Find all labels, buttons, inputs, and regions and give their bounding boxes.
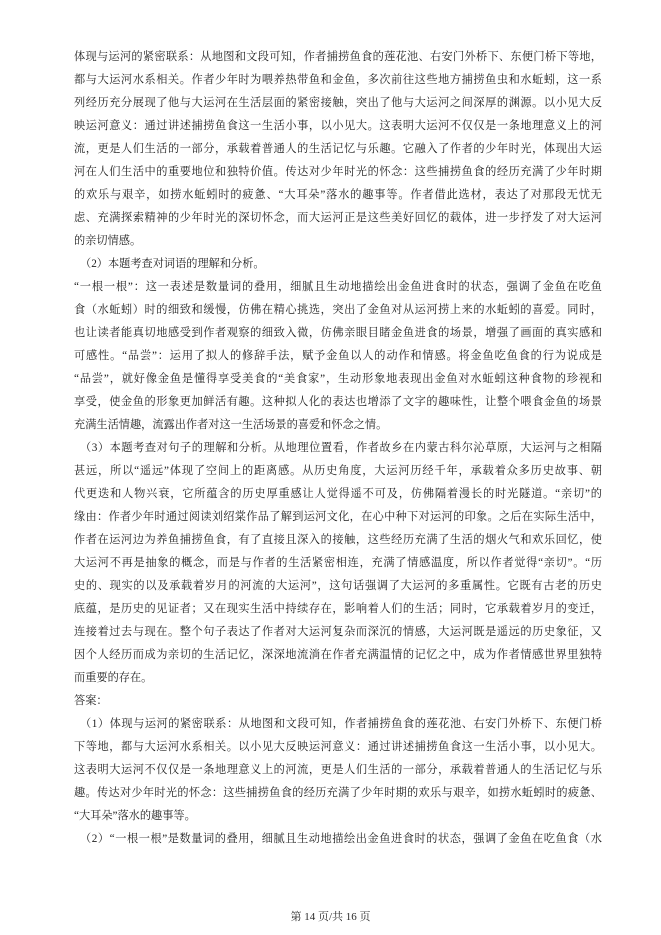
text-line: 流，更是人们生活的一部分，承载着普通人的生活记忆与乐趣。它融入了作者的少年时光，… (74, 138, 602, 161)
text-line: 列经历充分展现了他与大运河在生活层面的紧密接触，突出了他与大运河之间深厚的渊源。… (74, 92, 602, 115)
text-line: 映运河意义：通过讲述捕捞鱼食这一生活小事，以小见大。这表明大运河不仅仅是一条地理… (74, 115, 602, 138)
text-line: “品尝”，就好像金鱼是懂得享受美食的“美食家”，生动形象地表现出金鱼对水蚯蚓这种… (74, 368, 602, 391)
text-line: 而重要的存在。 (74, 667, 602, 690)
text-line: 可感性。“品尝”：运用了拟人的修辞手法，赋予金鱼以人的动作和情感。将金鱼吃鱼食的… (74, 345, 602, 368)
text-line: 食（水蚯蚓）时的细致和缓慢，仿佛在精心挑选，突出了金鱼对从运河捞上来的水蚯蚓的喜… (74, 299, 602, 322)
page-number-footer: 第 14 页/共 16 页 (0, 908, 661, 924)
text-line: 因个人经历而成为亲切的生活记忆，深深地流淌在作者充满温情的记忆之中，成为作者情感… (74, 644, 602, 667)
text-line: 的亲切情感。 (74, 230, 602, 253)
text-line: 史的、现实的以及承载着岁月的河流的大运河”，这句话强调了大运河的多重属性。它既有… (74, 575, 602, 598)
text-line: 缘由：作者少年时通过阅读刘绍棠作品了解到运河文化，在心中种下对运河的印象。之后在… (74, 506, 602, 529)
text-line: “大耳朵”落水的趣事等。 (74, 805, 602, 828)
text-line: 充满生活情趣，流露出作者对这一生活场景的喜爱和怀念之情。 (74, 414, 602, 437)
text-line: 虑、充满探索精神的少年时光的深切怀念，而大运河正是这些美好回忆的载体，进一步抒发… (74, 207, 602, 230)
text-line: （2）“一根一根”是数量词的叠用，细腻且生动地描绘出金鱼进食时的状态，强调了金鱼… (74, 828, 602, 851)
text-line: 这表明大运河不仅仅是一条地理意义上的河流，更是人们生活的一部分，承载着普通人的生… (74, 759, 602, 782)
text-line: 作者在运河边为养鱼捕捞鱼食，有了直接且深入的接触，这些经历充满了生活的烟火气和欢… (74, 529, 602, 552)
document-body: 体现与运河的紧密联系：从地图和文段可知，作者捕捞鱼食的莲花池、右安门外桥下、东便… (74, 46, 602, 851)
text-line: 也让读者能真切地感受到作者观察的细致入微，仿佛亲眼目睹金鱼进食的场景，增强了画面… (74, 322, 602, 345)
text-line: 享受，使金鱼的形象更加鲜活有趣。这种拟人化的表达也增添了文字的趣味性，让整个喂食… (74, 391, 602, 414)
text-line: 代更迭和人物兴衰，它所蕴含的历史厚重感让人觉得遥不可及，仿佛隔着漫长的时光隧道。… (74, 483, 602, 506)
text-line: 的欢乐与艰辛，如捞水蚯蚓时的疲惫、“大耳朵”落水的趣事等。作者借此选材，表达了对… (74, 184, 602, 207)
text-line: （2）本题考查对词语的理解和分析。 (74, 253, 602, 276)
document-page: 体现与运河的紧密联系：从地图和文段可知，作者捕捞鱼食的莲花池、右安门外桥下、东便… (0, 0, 661, 935)
text-line: 甚远，所以“遥远”体现了空间上的距离感。从历史角度，大运河历经千年，承载着众多历… (74, 460, 602, 483)
text-line: （1）体现与运河的紧密联系：从地图和文段可知，作者捕捞鱼食的莲花池、右安门外桥下… (74, 713, 602, 736)
text-line: 答案： (74, 690, 602, 713)
text-line: “一根一根”：这一表述是数量词的叠用，细腻且生动地描绘出金鱼进食时的状态，强调了… (74, 276, 602, 299)
text-line: （3）本题考查对句子的理解和分析。从地理位置看，作者故乡在内蒙古科尔沁草原，大运… (74, 437, 602, 460)
text-line: 连接着过去与现在。整个句子表达了作者对大运河复杂而深沉的情感，大运河既是遥远的历… (74, 621, 602, 644)
text-line: 下等地，都与大运河水系相关。以小见大反映运河意义：通过讲述捕捞鱼食这一生活小事，… (74, 736, 602, 759)
text-line: 趣。传达对少年时光的怀念：这些捕捞鱼食的经历充满了少年时期的欢乐与艰辛，如捞水蚯… (74, 782, 602, 805)
text-line: 底蕴，是历史的见证者；又在现实生活中持续存在，影响着人们的生活；同时，它承载着岁… (74, 598, 602, 621)
text-line: 体现与运河的紧密联系：从地图和文段可知，作者捕捞鱼食的莲花池、右安门外桥下、东便… (74, 46, 602, 69)
text-line: 都与大运河水系相关。作者少年时为喂养热带鱼和金鱼，多次前往这些地方捕捞鱼虫和水蚯… (74, 69, 602, 92)
text-line: 河在人们生活中的重要地位和独特价值。传达对少年时光的怀念：这些捕捞鱼食的经历充满… (74, 161, 602, 184)
text-line: 大运河不再是抽象的概念，而是与作者的生活紧密相连，充满了情感温度，所以作者觉得“… (74, 552, 602, 575)
